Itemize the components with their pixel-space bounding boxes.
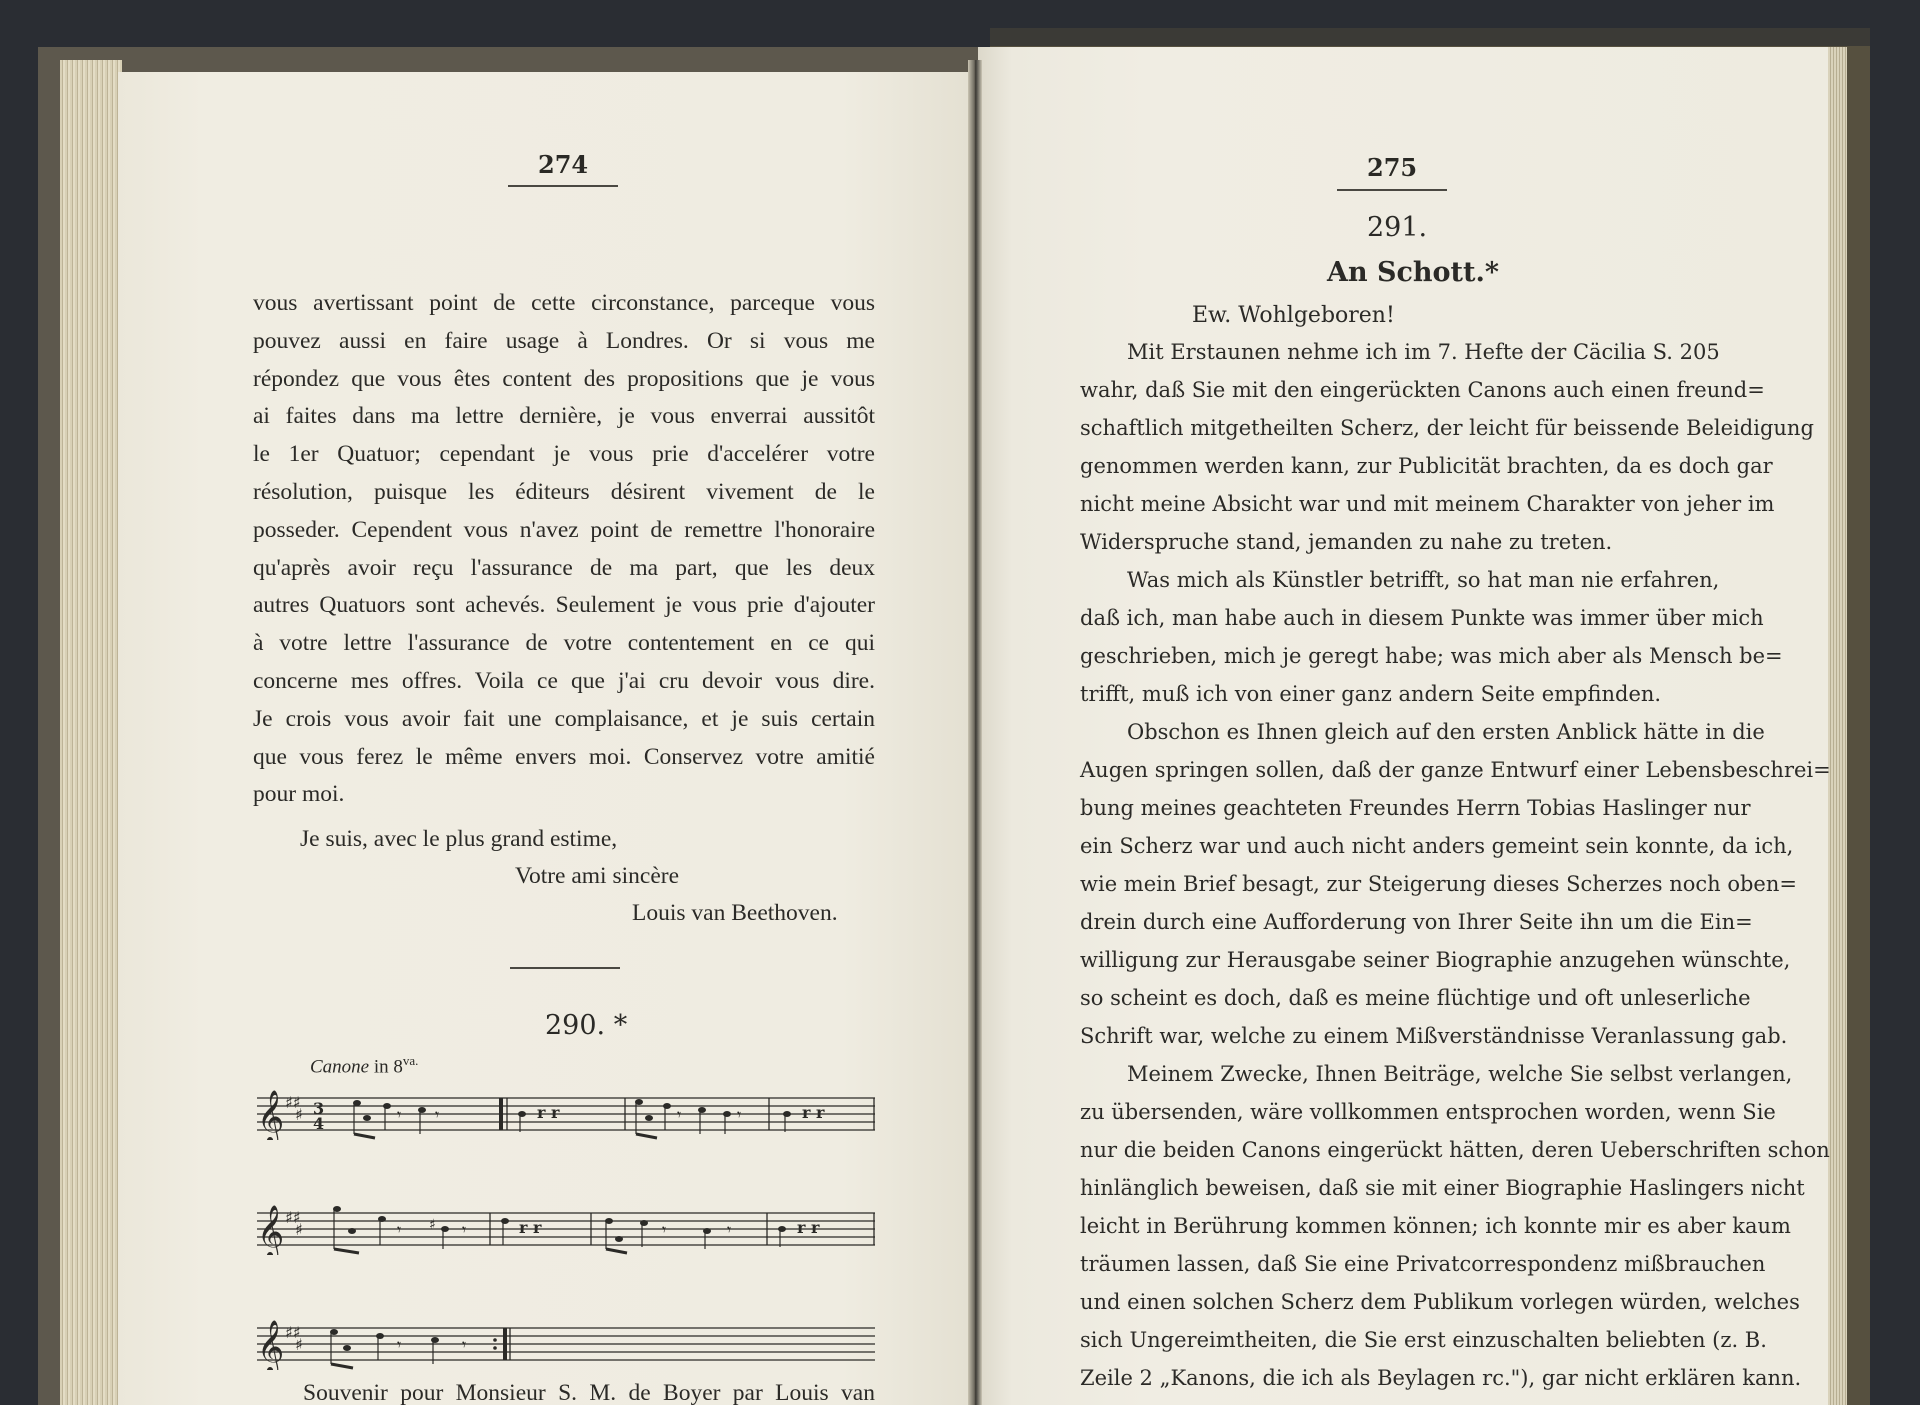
svg-text:𝄞: 𝄞 (257, 1090, 284, 1140)
right-body-line: Was mich als Künstler betrifft, so hat m… (1127, 568, 1700, 592)
svg-text:𝄾: 𝄾 (397, 1220, 401, 1239)
right-body-line: bung meines geachteten Freundes Herrn To… (1080, 796, 1700, 820)
right-body-line: Obschon es Ihnen gleich auf den ersten A… (1127, 720, 1700, 744)
salutation: Ew. Wohlgeboren! (1192, 303, 1395, 328)
right-body-line: Meinem Zwecke, Ihnen Beiträge, welche Si… (1127, 1062, 1700, 1086)
right-body-line: Augen springen sollen, daß der ganze Ent… (1080, 758, 1700, 782)
svg-text:4: 4 (313, 1114, 324, 1133)
right-body-line: nur die beiden Canons eingerückt hätten,… (1080, 1138, 1700, 1162)
svg-text:𝄾: 𝄾 (462, 1220, 466, 1239)
music-staff-3: 𝄞 ♯♯ ♯ 𝄾 𝄾 (257, 1320, 875, 1360)
music-label: Canone in 8va. (310, 1053, 418, 1078)
svg-text:♯: ♯ (295, 1220, 303, 1239)
svg-text:𝄾: 𝄾 (397, 1105, 401, 1124)
left-body-line: pour moi. (253, 781, 344, 808)
right-body-line: Schrift war, welche zu einem Mißverständ… (1080, 1024, 1787, 1048)
right-body-line: schaftlich mitgetheilten Scherz, der lei… (1080, 416, 1700, 440)
left-body-line: à votre lettre l'assurance de votre cont… (253, 630, 875, 657)
page-block-edges-left (60, 60, 122, 1405)
right-body-line: Zeile 2 „Kanons, die ich als Beylagen rc… (1080, 1366, 1700, 1390)
svg-text:𝄾: 𝄾 (737, 1105, 741, 1124)
svg-text:r r: r r (537, 1103, 560, 1122)
right-body-line: so scheint es doch, daß es meine flüchti… (1080, 986, 1700, 1010)
svg-text:𝄾: 𝄾 (677, 1105, 681, 1124)
left-body-line: vous avertissant point de cette circonst… (253, 290, 875, 317)
svg-text:r r: r r (802, 1103, 825, 1122)
left-body-line: posseder. Cependent vous n'avez point de… (253, 517, 875, 544)
svg-text:𝄾: 𝄾 (462, 1335, 466, 1354)
svg-text:𝄾: 𝄾 (397, 1335, 401, 1354)
right-body-line: nicht meine Absicht war und mit meinem C… (1080, 492, 1700, 516)
right-body-line: ein Scherz war und auch nicht anders gem… (1080, 834, 1700, 858)
right-body-line: geschrieben, mich je geregt habe; was mi… (1080, 644, 1700, 668)
book-gutter (968, 60, 982, 1405)
right-body-line: genommen werden kann, zur Publicität bra… (1080, 454, 1700, 478)
music-staff-1: 𝄞 ♯♯ ♯ 3 4 𝄾 𝄾 r r 𝄾 𝄾 r r (257, 1090, 875, 1130)
left-body-line: ai faites dans ma lettre dernière, je vo… (253, 403, 875, 430)
svg-text:r r: r r (519, 1218, 542, 1237)
right-body-line: wie mein Brief besagt, zur Steigerung di… (1080, 872, 1700, 896)
letter-title: An Schott.* (1327, 257, 1499, 288)
svg-text:𝄾: 𝄾 (727, 1220, 731, 1239)
right-body-line: leicht in Berührung kommen können; ich k… (1080, 1214, 1700, 1238)
book-cover-edge (990, 28, 1870, 46)
right-body-line: trifft, muß ich von einer ganz andern Se… (1080, 682, 1661, 706)
left-body-line: que vous ferez le même envers moi. Conse… (253, 744, 875, 771)
right-body-line: willigung zur Herausgabe seiner Biograph… (1080, 948, 1700, 972)
left-body-line: concerne mes offres. Voila ce que j'ai c… (253, 668, 875, 695)
svg-text:𝄞: 𝄞 (257, 1205, 284, 1255)
left-body-line: Je crois vous avoir fait une complaisanc… (253, 706, 875, 733)
page-number-right: 275 (1367, 153, 1417, 182)
section-rule (510, 967, 620, 969)
right-body-line: träumen lassen, daß Sie eine Privatcorre… (1080, 1252, 1700, 1276)
header-rule-left (508, 185, 618, 187)
closing-line: Je suis, avec le plus grand estime, (300, 826, 617, 853)
music-label-italic: Canone (310, 1056, 369, 1077)
svg-text:𝄞: 𝄞 (257, 1320, 284, 1370)
right-body-line: zu übersenden, wäre vollkommen entsproch… (1080, 1100, 1700, 1124)
right-body-line: und einen solchen Scherz dem Publikum vo… (1080, 1290, 1700, 1314)
svg-text:𝄾: 𝄾 (435, 1105, 439, 1124)
left-body-line: le 1er Quatuor; cependant je vous prie d… (253, 441, 875, 468)
left-body-line: résolution, puisque les éditeurs désiren… (253, 479, 875, 506)
left-body-line: autres Quatuors sont achevés. Seulement … (253, 592, 875, 619)
header-rule-right (1337, 189, 1447, 191)
signature: Louis van Beethoven. (632, 900, 838, 927)
svg-text:♯: ♯ (429, 1217, 436, 1233)
svg-text:𝄾: 𝄾 (662, 1220, 666, 1239)
svg-text:r r: r r (797, 1218, 820, 1237)
left-body-line: répondez que vous êtes content des propo… (253, 366, 875, 393)
right-body-line: Widerspruche stand, jemanden zu nahe zu … (1080, 530, 1612, 554)
music-label-sup: va. (403, 1053, 419, 1068)
page-number-left: 274 (538, 150, 588, 179)
right-body-line: Mit Erstaunen nehme ich im 7. Hefte der … (1127, 340, 1700, 364)
right-body-line: wahr, daß Sie mit den eingerückten Canon… (1080, 378, 1700, 402)
music-staff-2: 𝄞 ♯♯ ♯ 𝄾 ♯ 𝄾 r r 𝄾 𝄾 r r (257, 1205, 875, 1245)
souvenir-line-1: Souvenir pour Monsieur S. M. de Boyer pa… (303, 1380, 875, 1405)
right-body-line: drein durch eine Aufforderung von Ihrer … (1080, 910, 1700, 934)
letter-number-290: 290. * (545, 1010, 627, 1041)
svg-text:♯: ♯ (295, 1105, 303, 1124)
music-label-rest: in 8 (369, 1056, 403, 1077)
svg-text:♯: ♯ (295, 1335, 303, 1354)
right-body-line: daß ich, man habe auch in diesem Punkte … (1080, 606, 1700, 630)
page-block-edges-right (1825, 47, 1847, 1405)
left-body-line: qu'après avoir reçu l'assurance de ma pa… (253, 555, 875, 582)
letter-number-291: 291. (1367, 212, 1427, 243)
right-body-line: hinlänglich beweisen, daß sie mit einer … (1080, 1176, 1700, 1200)
right-body-line: sich Ungereimtheiten, die Sie erst einzu… (1080, 1328, 1700, 1352)
valediction: Votre ami sincère (515, 863, 679, 890)
left-body-line: pouvez aussi en faire usage à Londres. O… (253, 328, 875, 355)
